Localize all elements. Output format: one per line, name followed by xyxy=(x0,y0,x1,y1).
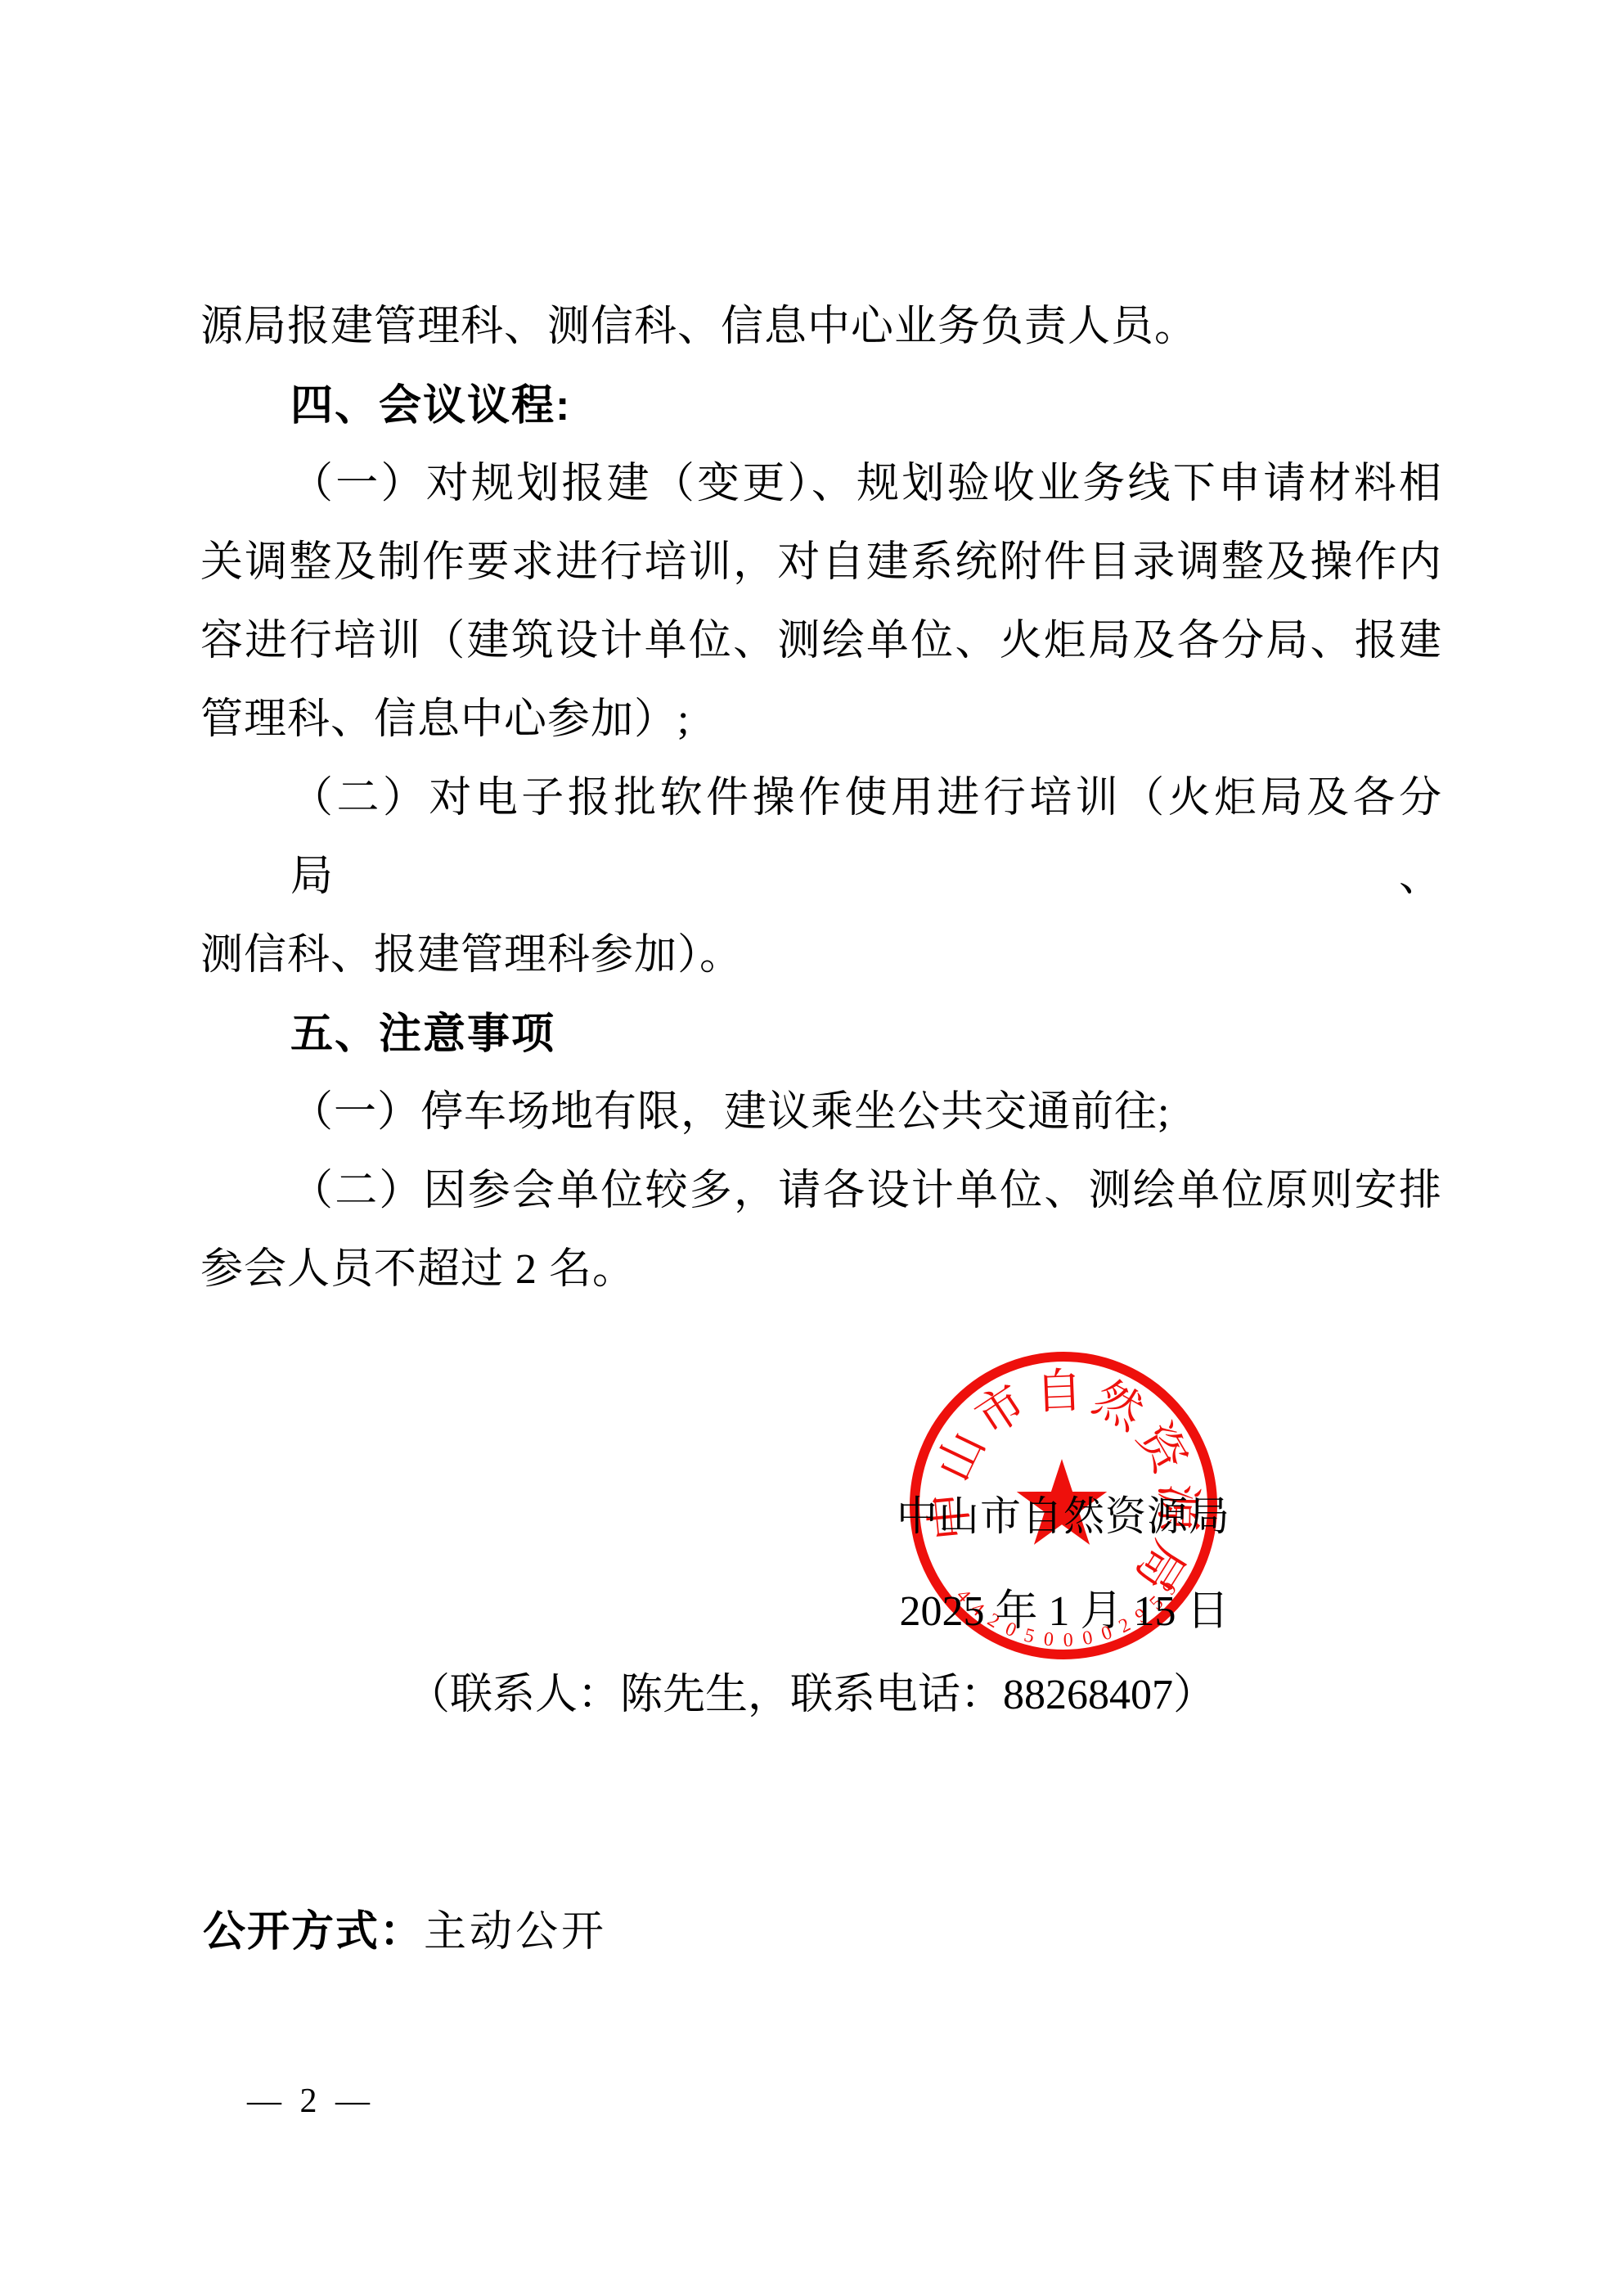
body-line: 源局报建管理科、测信科、信息中心业务负责人员。 xyxy=(200,288,1444,367)
disclosure-label: 公开方式： xyxy=(203,1908,424,1956)
body-line: （一）停车场地有限，建议乘坐公共交通前往; xyxy=(200,1074,1444,1152)
body-line: （二）对电子报批软件操作使用进行培训（火炬局及各分局、 xyxy=(200,759,1442,916)
body-line: 参会人员不超过 2 名。 xyxy=(200,1231,1444,1309)
document-page: 源局报建管理科、测信科、信息中心业务负责人员。 四、会议议程: （一）对规划报建… xyxy=(0,0,1623,2296)
section-heading-5: 五、注意事项 xyxy=(200,995,1444,1074)
disclosure-value: 主动公开 xyxy=(424,1909,607,1956)
body-line: 关调整及制作要求进行培训，对自建系统附件目录调整及操作内 xyxy=(200,524,1442,602)
body-line: （二）因参会单位较多，请各设计单位、测绘单位原则安排 xyxy=(200,1152,1442,1231)
signature-org: 中山市自然资源局 xyxy=(897,1483,1230,1542)
seal-arc-char: 自 xyxy=(1034,1364,1084,1419)
body-line: 容进行培训（建筑设计单位、测绘单位、火炬局及各分局、报建 xyxy=(200,602,1442,681)
signature-date: 2025 年 1 月 15 日 xyxy=(899,1576,1229,1637)
disclosure-line: 公开方式：主动公开 xyxy=(203,1897,607,1958)
page-number: — 2 — xyxy=(229,2082,393,2121)
body-line: 测信科、报建管理科参加）。 xyxy=(200,916,1444,995)
body-text: 源局报建管理科、测信科、信息中心业务负责人员。 四、会议议程: （一）对规划报建… xyxy=(200,288,1444,1309)
section-heading-4: 四、会议议程: xyxy=(200,367,1444,445)
body-line: （一）对规划报建（变更）、规划验收业务线下申请材料相 xyxy=(200,445,1442,524)
body-line: 管理科、信息中心参加）; xyxy=(200,681,1444,759)
contact-line: （联系人：陈先生，联系电话：88268407） xyxy=(407,1659,1216,1721)
